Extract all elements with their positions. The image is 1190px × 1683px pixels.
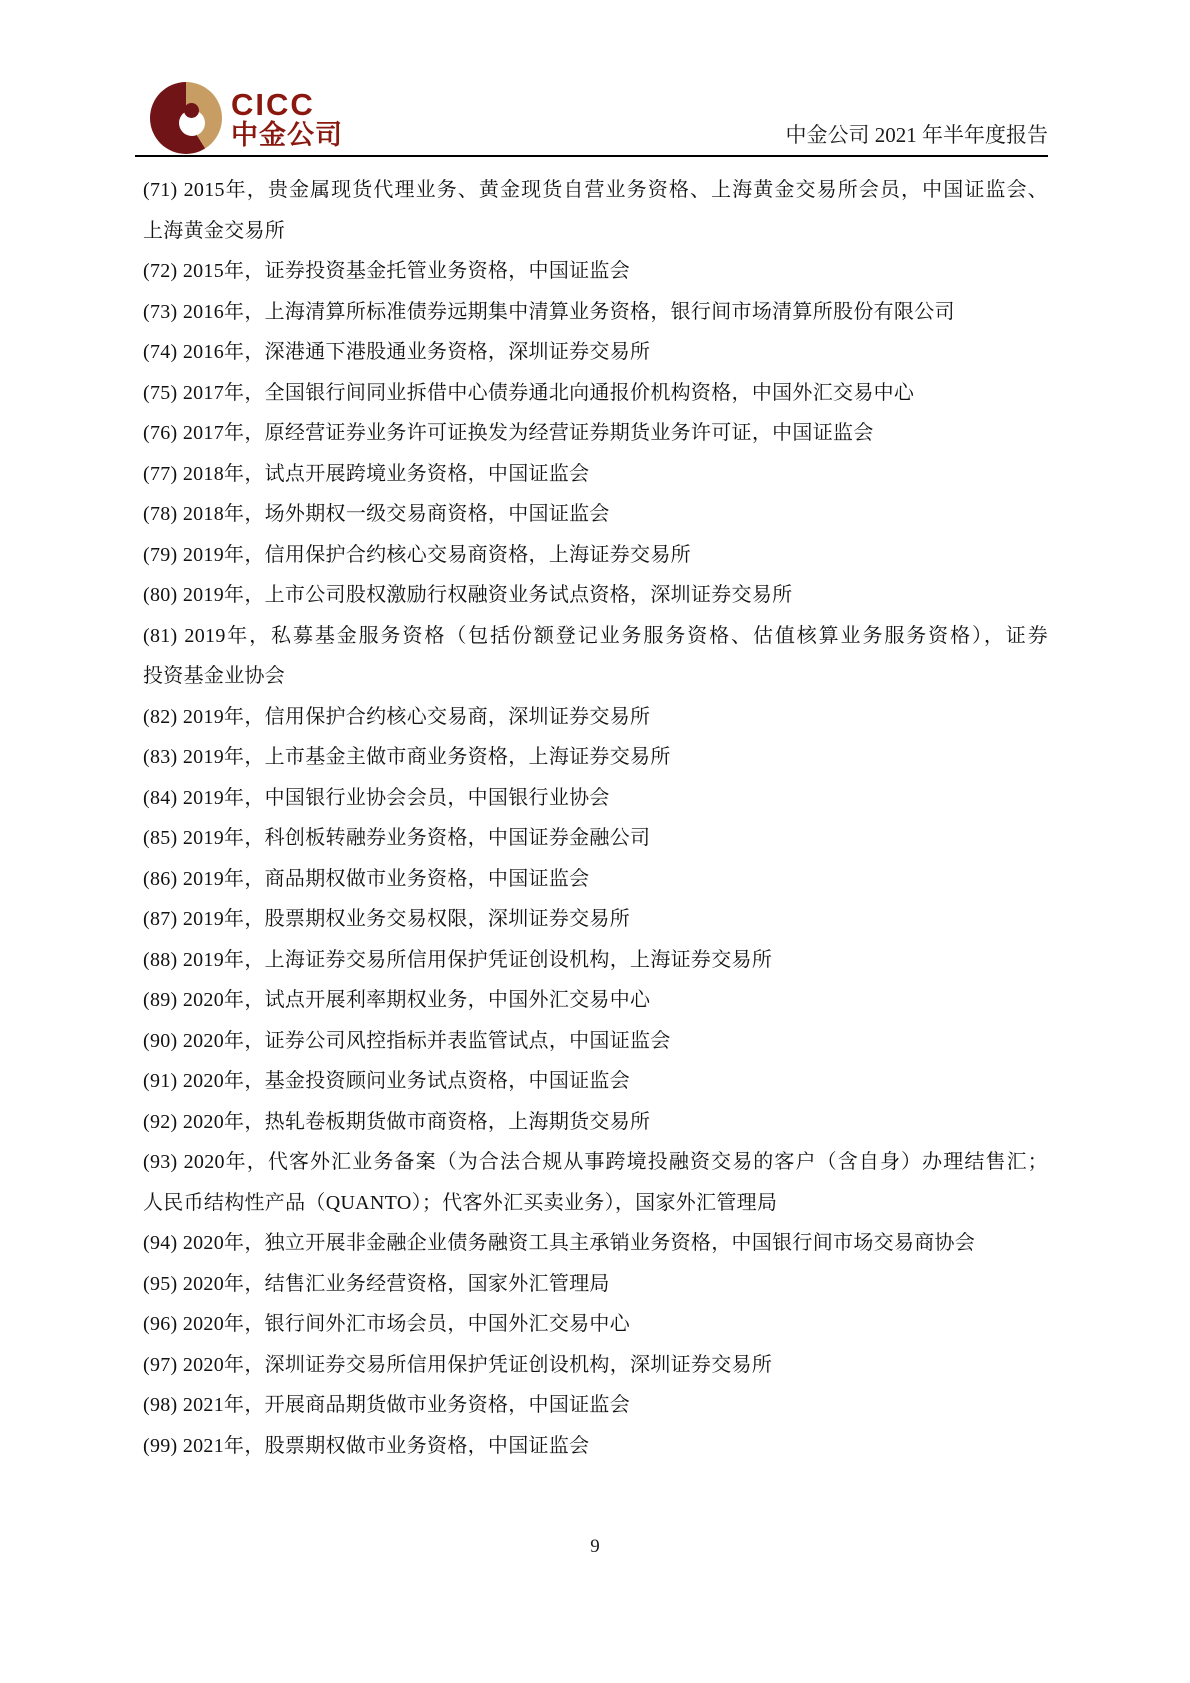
cicc-logo: CICC 中金公司 xyxy=(150,82,343,154)
brand-name-zh: 中金公司 xyxy=(231,120,343,150)
brand-name-en: CICC xyxy=(231,90,343,120)
cicc-logo-icon xyxy=(150,82,222,154)
list-item: (85) 2019年，科创板转融券业务资格，中国证券金融公司 xyxy=(143,818,1048,859)
list-item: (86) 2019年，商品期权做市业务资格，中国证监会 xyxy=(143,859,1048,900)
list-item: (94) 2020年，独立开展非金融企业债务融资工具主承销业务资格，中国银行间市… xyxy=(143,1223,1048,1264)
list-item-continuation: 人民币结构性产品（QUANTO）；代客外汇买卖业务），国家外汇管理局 xyxy=(143,1183,1048,1224)
list-item: (96) 2020年，银行间外汇市场会员，中国外汇交易中心 xyxy=(143,1304,1048,1345)
header-divider xyxy=(135,155,1048,158)
list-item: (79) 2019年，信用保护合约核心交易商资格，上海证券交易所 xyxy=(143,535,1048,576)
list-item: (82) 2019年，信用保护合约核心交易商，深圳证券交易所 xyxy=(143,697,1048,738)
list-item: (78) 2018年，场外期权一级交易商资格，中国证监会 xyxy=(143,494,1048,535)
list-item: (83) 2019年，上市基金主做市商业务资格，上海证券交易所 xyxy=(143,737,1048,778)
list-item: (87) 2019年，股票期权业务交易权限，深圳证券交易所 xyxy=(143,899,1048,940)
list-item: (77) 2018年，试点开展跨境业务资格，中国证监会 xyxy=(143,454,1048,495)
qualification-list: (71) 2015年，贵金属现货代理业务、黄金现货自营业务资格、上海黄金交易所会… xyxy=(143,170,1048,1466)
report-title: 中金公司 2021 年半年度报告 xyxy=(786,119,1049,149)
list-item: (73) 2016年，上海清算所标准债券远期集中清算业务资格，银行间市场清算所股… xyxy=(143,292,1048,333)
list-item: (72) 2015年，证券投资基金托管业务资格，中国证监会 xyxy=(143,251,1048,292)
list-item: (91) 2020年，基金投资顾问业务试点资格，中国证监会 xyxy=(143,1061,1048,1102)
list-item: (95) 2020年，结售汇业务经营资格，国家外汇管理局 xyxy=(143,1264,1048,1305)
cicc-wordmark: CICC 中金公司 xyxy=(231,90,343,150)
page-header: CICC 中金公司 中金公司 2021 年半年度报告 xyxy=(135,0,1048,157)
list-item: (81) 2019年，私募基金服务资格（包括份额登记业务服务资格、估值核算业务服… xyxy=(143,616,1048,657)
list-item: (90) 2020年，证券公司风控指标并表监管试点，中国证监会 xyxy=(143,1021,1048,1062)
list-item: (88) 2019年，上海证券交易所信用保护凭证创设机构，上海证券交易所 xyxy=(143,940,1048,981)
list-item: (71) 2015年，贵金属现货代理业务、黄金现货自营业务资格、上海黄金交易所会… xyxy=(143,170,1048,211)
list-item: (74) 2016年，深港通下港股通业务资格，深圳证券交易所 xyxy=(143,332,1048,373)
list-item: (97) 2020年，深圳证券交易所信用保护凭证创设机构，深圳证券交易所 xyxy=(143,1345,1048,1386)
list-item: (99) 2021年，股票期权做市业务资格，中国证监会 xyxy=(143,1426,1048,1467)
list-item: (84) 2019年，中国银行业协会会员，中国银行业协会 xyxy=(143,778,1048,819)
list-item: (92) 2020年，热轧卷板期货做市商资格，上海期货交易所 xyxy=(143,1102,1048,1143)
report-page: CICC 中金公司 中金公司 2021 年半年度报告 (71) 2015年，贵金… xyxy=(0,0,1190,1683)
list-item: (98) 2021年，开展商品期货做市业务资格，中国证监会 xyxy=(143,1385,1048,1426)
list-item-continuation: 投资基金业协会 xyxy=(143,656,1048,697)
list-item: (76) 2017年，原经营证券业务许可证换发为经营证券期货业务许可证，中国证监… xyxy=(143,413,1048,454)
list-item: (89) 2020年，试点开展利率期权业务，中国外汇交易中心 xyxy=(143,980,1048,1021)
list-item: (80) 2019年，上市公司股权激励行权融资业务试点资格，深圳证券交易所 xyxy=(143,575,1048,616)
list-item: (93) 2020年，代客外汇业务备案（为合法合规从事跨境投融资交易的客户（含自… xyxy=(143,1142,1048,1183)
page-number: 9 xyxy=(0,1536,1190,1558)
list-item: (75) 2017年，全国银行间同业拆借中心债券通北向通报价机构资格，中国外汇交… xyxy=(143,373,1048,414)
list-item-continuation: 上海黄金交易所 xyxy=(143,211,1048,252)
